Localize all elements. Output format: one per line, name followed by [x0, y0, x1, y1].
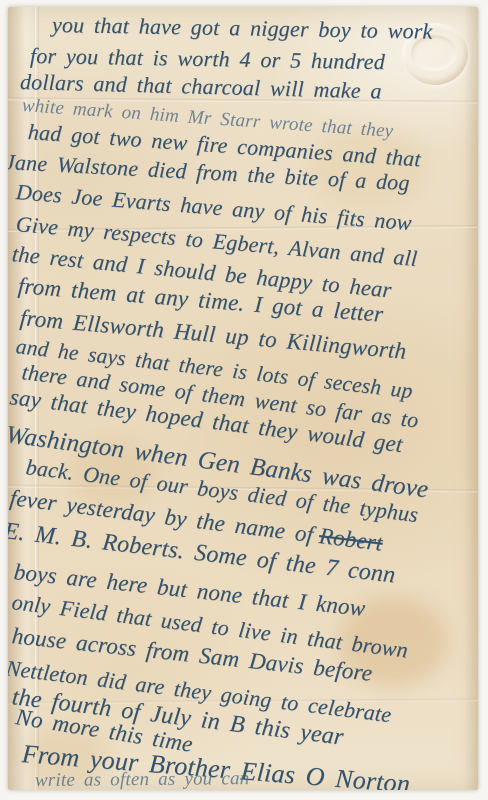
letter-line: you that have got a nigger boy to work	[52, 12, 433, 45]
letter-paper: you that have got a nigger boy to work f…	[8, 7, 478, 790]
struck-word: Robert	[318, 523, 384, 556]
paper-edge-shading-right	[464, 7, 478, 790]
letter-line-text: you that have got a nigger boy to work	[52, 12, 433, 44]
scanned-letter-page: you that have got a nigger boy to work f…	[0, 0, 488, 800]
postscript-line: write as often as you can	[35, 768, 250, 790]
postscript-text: write as often as you can	[35, 768, 250, 790]
letter-line-text: for you that is worth 4 or 5 hundred	[30, 43, 385, 74]
